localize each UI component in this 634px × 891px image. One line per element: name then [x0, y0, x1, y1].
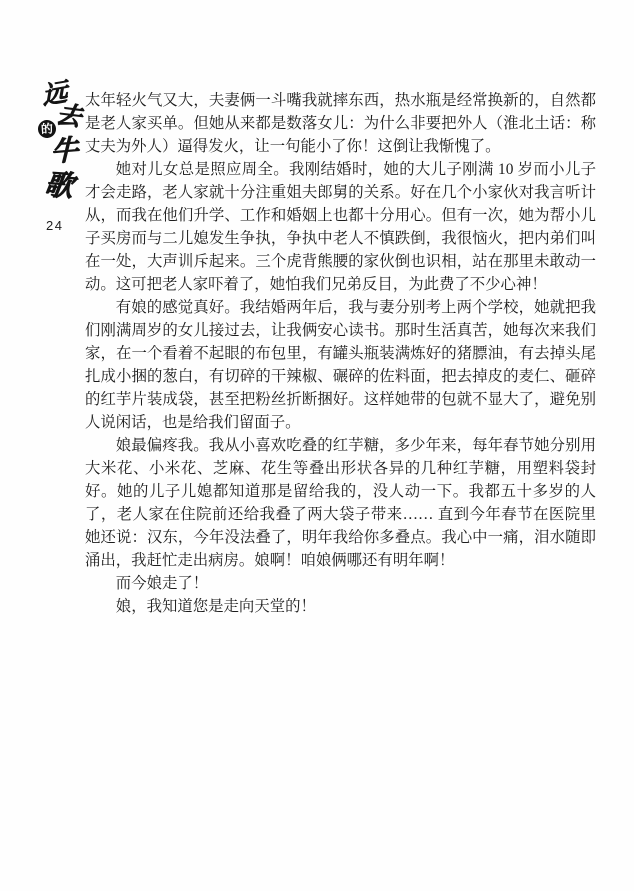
book-page: 远 去 的 牛 歌 24 太年轻火气又大，夫妻俩一斗嘴我就摔东西，热水瓶是经常换… — [0, 0, 634, 891]
calligraphy-char-qu: 去 — [54, 103, 84, 131]
paragraph: 娘，我知道您是走向天堂的！ — [85, 595, 596, 618]
article-body: 太年轻火气又大，夫妻俩一斗嘴我就摔东西，热水瓶是经常换新的，自然都是老人家买单。… — [85, 89, 596, 618]
chapter-title-calligraphy: 远 去 的 牛 歌 — [36, 80, 84, 216]
paragraph: 她对儿女总是照应周全。我刚结婚时，她的大儿子刚满 10 岁而小儿子才会走路，老人… — [85, 158, 596, 296]
page-number: 24 — [46, 218, 63, 233]
calligraphy-char-de-circled: 的 — [37, 119, 56, 138]
calligraphy-char-ge: 歌 — [42, 171, 75, 202]
paragraph: 娘最偏疼我。我从小喜欢吃叠的红芋糖，多少年来，每年春节她分别用大米花、小米花、芝… — [85, 434, 596, 572]
paragraph-continued: 太年轻火气又大，夫妻俩一斗嘴我就摔东西，热水瓶是经常换新的，自然都是老人家买单。… — [85, 89, 596, 158]
paragraph: 有娘的感觉真好。我结婚两年后，我与妻分别考上两个学校，她就把我们刚满周岁的女儿接… — [85, 296, 596, 434]
calligraphy-char-niu: 牛 — [50, 137, 78, 168]
paragraph: 而今娘走了！ — [85, 572, 596, 595]
left-margin-column: 远 去 的 牛 歌 24 — [0, 0, 85, 891]
